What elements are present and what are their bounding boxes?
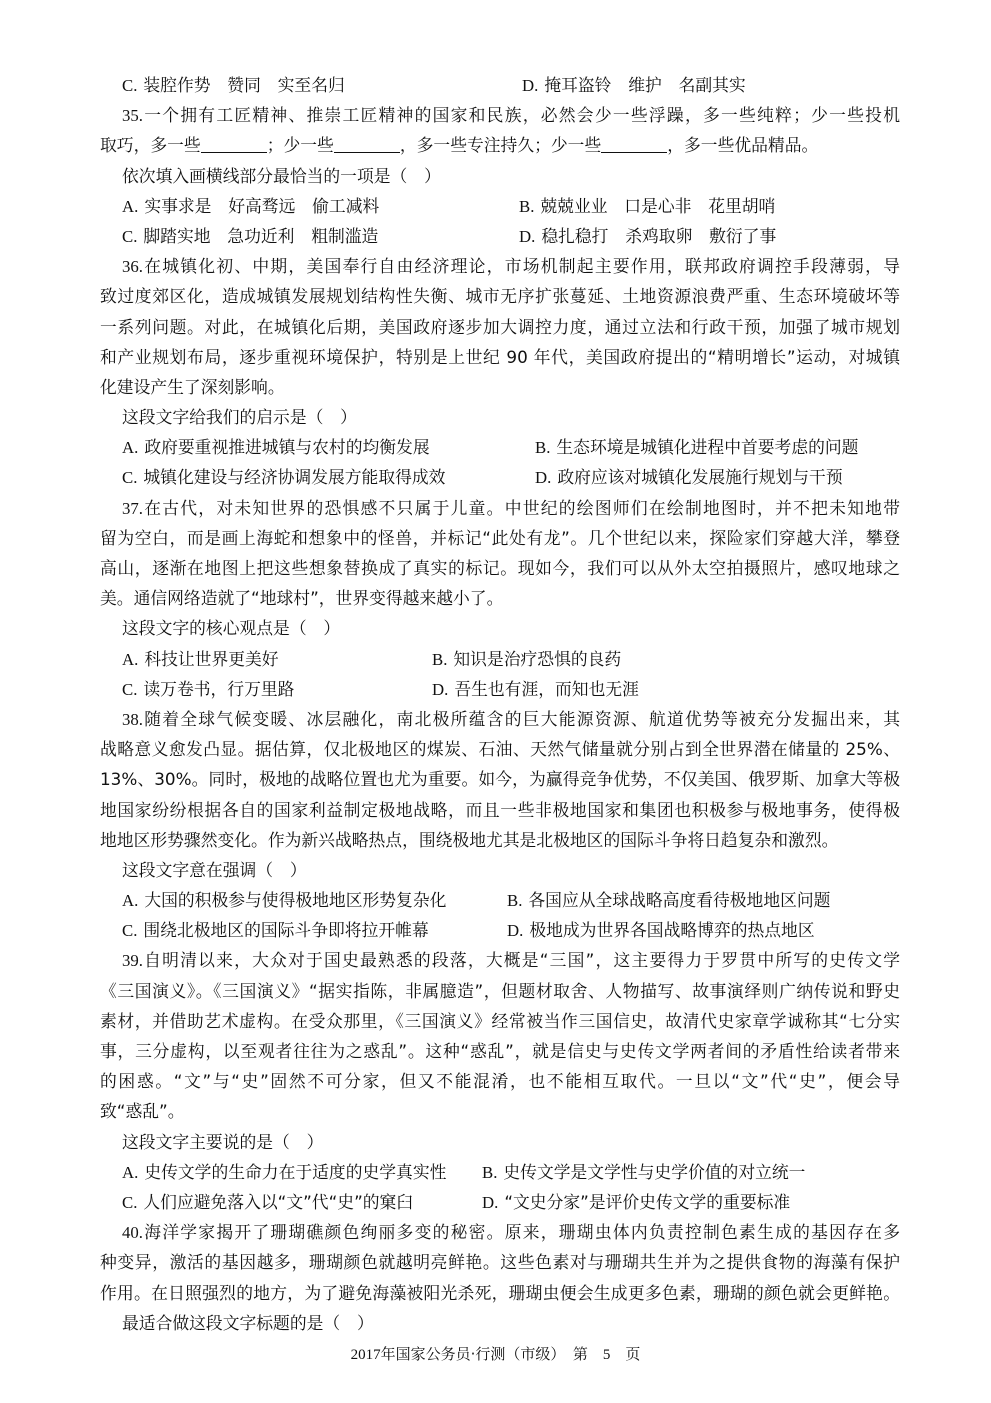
q37-line-2: 留为空白，而是画上海蛇和想象中的怪兽，并标记“此处有龙”。几个世纪以来，探险家们… bbox=[100, 523, 900, 553]
q36-option-a: A.政府要重视推进城镇与农村的均衡发展 bbox=[122, 432, 535, 462]
q35-options-row-2: C.脚踏实地 急功近利 粗制滥造 D.稳扎稳打 杀鸡取卵 敷衍了事 bbox=[122, 221, 900, 251]
q39-line-6: 致“惑乱”。 bbox=[100, 1096, 900, 1126]
footer-suffix: 页 bbox=[625, 1345, 640, 1363]
q35-options-row-1: A.实事求是 好高骛远 偷工减料 B.兢兢业业 口是心非 花里胡哨 bbox=[122, 191, 900, 221]
q35-prompt: 依次填入画横线部分最恰当的一项是（ ） bbox=[122, 161, 900, 191]
q36-line-3: 一系列问题。对此，在城镇化后期，美国政府逐步加大调控力度，通过立法和行政干预，加… bbox=[100, 312, 900, 342]
q36-options-row-2: C.城镇化建设与经济协调发展方能取得成效 D.政府应该对城镇化发展施行规划与干预 bbox=[122, 462, 900, 492]
q38-prompt: 这段文字意在强调（ ） bbox=[122, 855, 900, 885]
q38-line-4: 地国家纷纷根据各自的国家利益制定极地战略，而且一些非极地国家和集团也积极参与极地… bbox=[100, 795, 900, 825]
q38-options-row-2: C.围绕北极地区的国际斗争即将拉开帷幕 D.极地成为世界各国战略博弈的热点地区 bbox=[122, 915, 900, 945]
q34-option-c: C.装腔作势 赞同 实至名归 bbox=[122, 70, 522, 100]
q39-line-4: 事，三分虚构，以至观者往往为之惑乱”。这种“惑乱”，就是信史与史传文学两者间的矛… bbox=[100, 1036, 900, 1066]
q37-option-c: C.读万卷书，行万里路 bbox=[122, 674, 432, 704]
q39-line-2: 《三国演义》。《三国演义》“据实指陈，非属臆造”，但题材取舍、人物描写、故事演绎… bbox=[100, 976, 900, 1006]
q35-option-b: B.兢兢业业 口是心非 花里胡哨 bbox=[519, 191, 775, 221]
q39-option-c: C.人们应避免落入以“文”代“史”的窠臼 bbox=[122, 1187, 482, 1217]
q35-option-d: D.稳扎稳打 杀鸡取卵 敷衍了事 bbox=[519, 221, 776, 251]
q37-prompt: 这段文字的核心观点是（ ） bbox=[122, 613, 900, 643]
q38-option-d: D.极地成为世界各国战略博弈的热点地区 bbox=[507, 915, 815, 945]
q37-line-4: 美。通信网络造就了“地球村”，世界变得越来越小了。 bbox=[100, 583, 900, 613]
q35-option-a: A.实事求是 好高骛远 偷工减料 bbox=[122, 191, 519, 221]
q39-options-row-1: A.史传文学的生命力在于适度的史学真实性 B.史传文学是文学性与史学价值的对立统… bbox=[122, 1157, 900, 1187]
q38-option-b: B.各国应从全球战略高度看待极地地区问题 bbox=[507, 885, 830, 915]
page-footer: 2017年国家公务员·行测（市级） 第 5 页 bbox=[0, 1343, 991, 1364]
q39-line-5: 的困惑。“文”与“史”固然不可分家，但又不能混淆，也不能相互取代。一旦以“文”代… bbox=[100, 1066, 900, 1096]
q36-line-4: 和产业规划布局，逐步重视环境保护，特别是上世纪 90 年代，美国政府提出的“精明… bbox=[100, 342, 900, 372]
q38-option-a: A.大国的积极参与使得极地地区形势复杂化 bbox=[122, 885, 507, 915]
q37-option-d: D.吾生也有涯，而知也无涯 bbox=[432, 674, 639, 704]
q36-prompt: 这段文字给我们的启示是（ ） bbox=[122, 402, 900, 432]
q38-options-row-1: A.大国的积极参与使得极地地区形势复杂化 B.各国应从全球战略高度看待极地地区问… bbox=[122, 885, 900, 915]
q37-line-1: 37.在古代，对未知世界的恐惧感不只属于儿童。中世纪的绘图师们在绘制地图时，并不… bbox=[122, 493, 900, 523]
q39-option-b: B.史传文学是文学性与史学价值的对立统一 bbox=[482, 1157, 805, 1187]
q34-option-d: D.掩耳盗铃 维护 名副其实 bbox=[522, 70, 746, 100]
q37-options-row-1: A.科技让世界更美好 B.知识是治疗恐惧的良药 bbox=[122, 644, 900, 674]
q39-line-1: 39.自明清以来，大众对于国史最熟悉的段落，大概是“三国”，这主要得力于罗贯中所… bbox=[122, 945, 900, 975]
q36-option-c: C.城镇化建设与经济协调发展方能取得成效 bbox=[122, 462, 535, 492]
q38-line-2: 战略意义愈发凸显。据估算，仅北极地区的煤炭、石油、天然气储量就分别占到全世界潜在… bbox=[100, 734, 900, 764]
q39-option-d: D.“文史分家”是评价史传文学的重要标准 bbox=[482, 1187, 790, 1217]
page-number: 5 bbox=[603, 1347, 611, 1363]
q38-option-c: C.围绕北极地区的国际斗争即将拉开帷幕 bbox=[122, 915, 507, 945]
footer-year: 2017 bbox=[351, 1347, 381, 1363]
q34-options-row: C.装腔作势 赞同 实至名归 D.掩耳盗铃 维护 名副其实 bbox=[122, 70, 900, 100]
q40-prompt: 最适合做这段文字标题的是（ ） bbox=[122, 1308, 900, 1338]
blank-1 bbox=[201, 134, 267, 153]
q38-line-1: 38.随着全球气候变暖、冰层融化，南北极所蕴含的巨大能源资源、航道优势等被充分发… bbox=[122, 704, 900, 734]
q36-option-d: D.政府应该对城镇化发展施行规划与干预 bbox=[535, 462, 843, 492]
q36-option-b: B.生态环境是城镇化进程中首要考虑的问题 bbox=[535, 432, 858, 462]
q35-line-2: 取巧，多一些；少一些，多一些专注持久；少一些，多一些优品精品。 bbox=[100, 130, 900, 160]
q39-option-a: A.史传文学的生命力在于适度的史学真实性 bbox=[122, 1157, 482, 1187]
q36-line-5: 化建设产生了深刻影响。 bbox=[100, 372, 900, 402]
exam-page: C.装腔作势 赞同 实至名归 D.掩耳盗铃 维护 名副其实 35.一个拥有工匠精… bbox=[122, 70, 900, 1338]
q37-option-a: A.科技让世界更美好 bbox=[122, 644, 432, 674]
q35-line-1: 35.一个拥有工匠精神、推崇工匠精神的国家和民族，必然会少一些浮躁，多一些纯粹；… bbox=[122, 100, 900, 130]
q36-line-2: 致过度郊区化，造成城镇发展规划结构性失衡、城市无序扩张蔓延、土地资源浪费严重、生… bbox=[100, 281, 900, 311]
q39-options-row-2: C.人们应避免落入以“文”代“史”的窠臼 D.“文史分家”是评价史传文学的重要标… bbox=[122, 1187, 900, 1217]
q40-line-1: 40.海洋学家揭开了珊瑚礁颜色绚丽多变的秘密。原来，珊瑚虫体内负责控制色素生成的… bbox=[122, 1217, 900, 1247]
question-number: 35. bbox=[122, 106, 143, 125]
q39-line-3: 素材，并借助艺术虚构。在受众那里，《三国演义》经常被当作三国信史，故清代史家章学… bbox=[100, 1006, 900, 1036]
footer-title: 年国家公务员·行测（市级） 第 bbox=[381, 1345, 588, 1363]
blank-3 bbox=[601, 134, 667, 153]
q38-line-5: 地地区形势骤然变化。作为新兴战略热点，围绕极地尤其是北极地区的国际斗争将日趋复杂… bbox=[100, 825, 900, 855]
q37-option-b: B.知识是治疗恐惧的良药 bbox=[432, 644, 621, 674]
q38-line-3: 13%、30%。同时，极地的战略位置也尤为重要。如今，为赢得竞争优势，不仅美国、… bbox=[100, 764, 900, 794]
q35-option-c: C.脚踏实地 急功近利 粗制滥造 bbox=[122, 221, 519, 251]
q37-options-row-2: C.读万卷书，行万里路 D.吾生也有涯，而知也无涯 bbox=[122, 674, 900, 704]
q37-line-3: 高山，逐渐在地图上把这些想象替换成了真实的标记。现如今，我们可以从外太空拍摄照片… bbox=[100, 553, 900, 583]
blank-2 bbox=[334, 134, 400, 153]
q40-line-2: 种变异，激活的基因越多，珊瑚颜色就越明亮鲜艳。这些色素对与珊瑚共生并为之提供食物… bbox=[100, 1247, 900, 1277]
q36-line-1: 36.在城镇化初、中期，美国奉行自由经济理论，市场机制起主要作用，联邦政府调控手… bbox=[122, 251, 900, 281]
q40-line-3: 作用。在日照强烈的地方，为了避免海藻被阳光杀死，珊瑚虫便会生成更多色素，珊瑚的颜… bbox=[100, 1278, 900, 1308]
q39-prompt: 这段文字主要说的是（ ） bbox=[122, 1127, 900, 1157]
q36-options-row-1: A.政府要重视推进城镇与农村的均衡发展 B.生态环境是城镇化进程中首要考虑的问题 bbox=[122, 432, 900, 462]
